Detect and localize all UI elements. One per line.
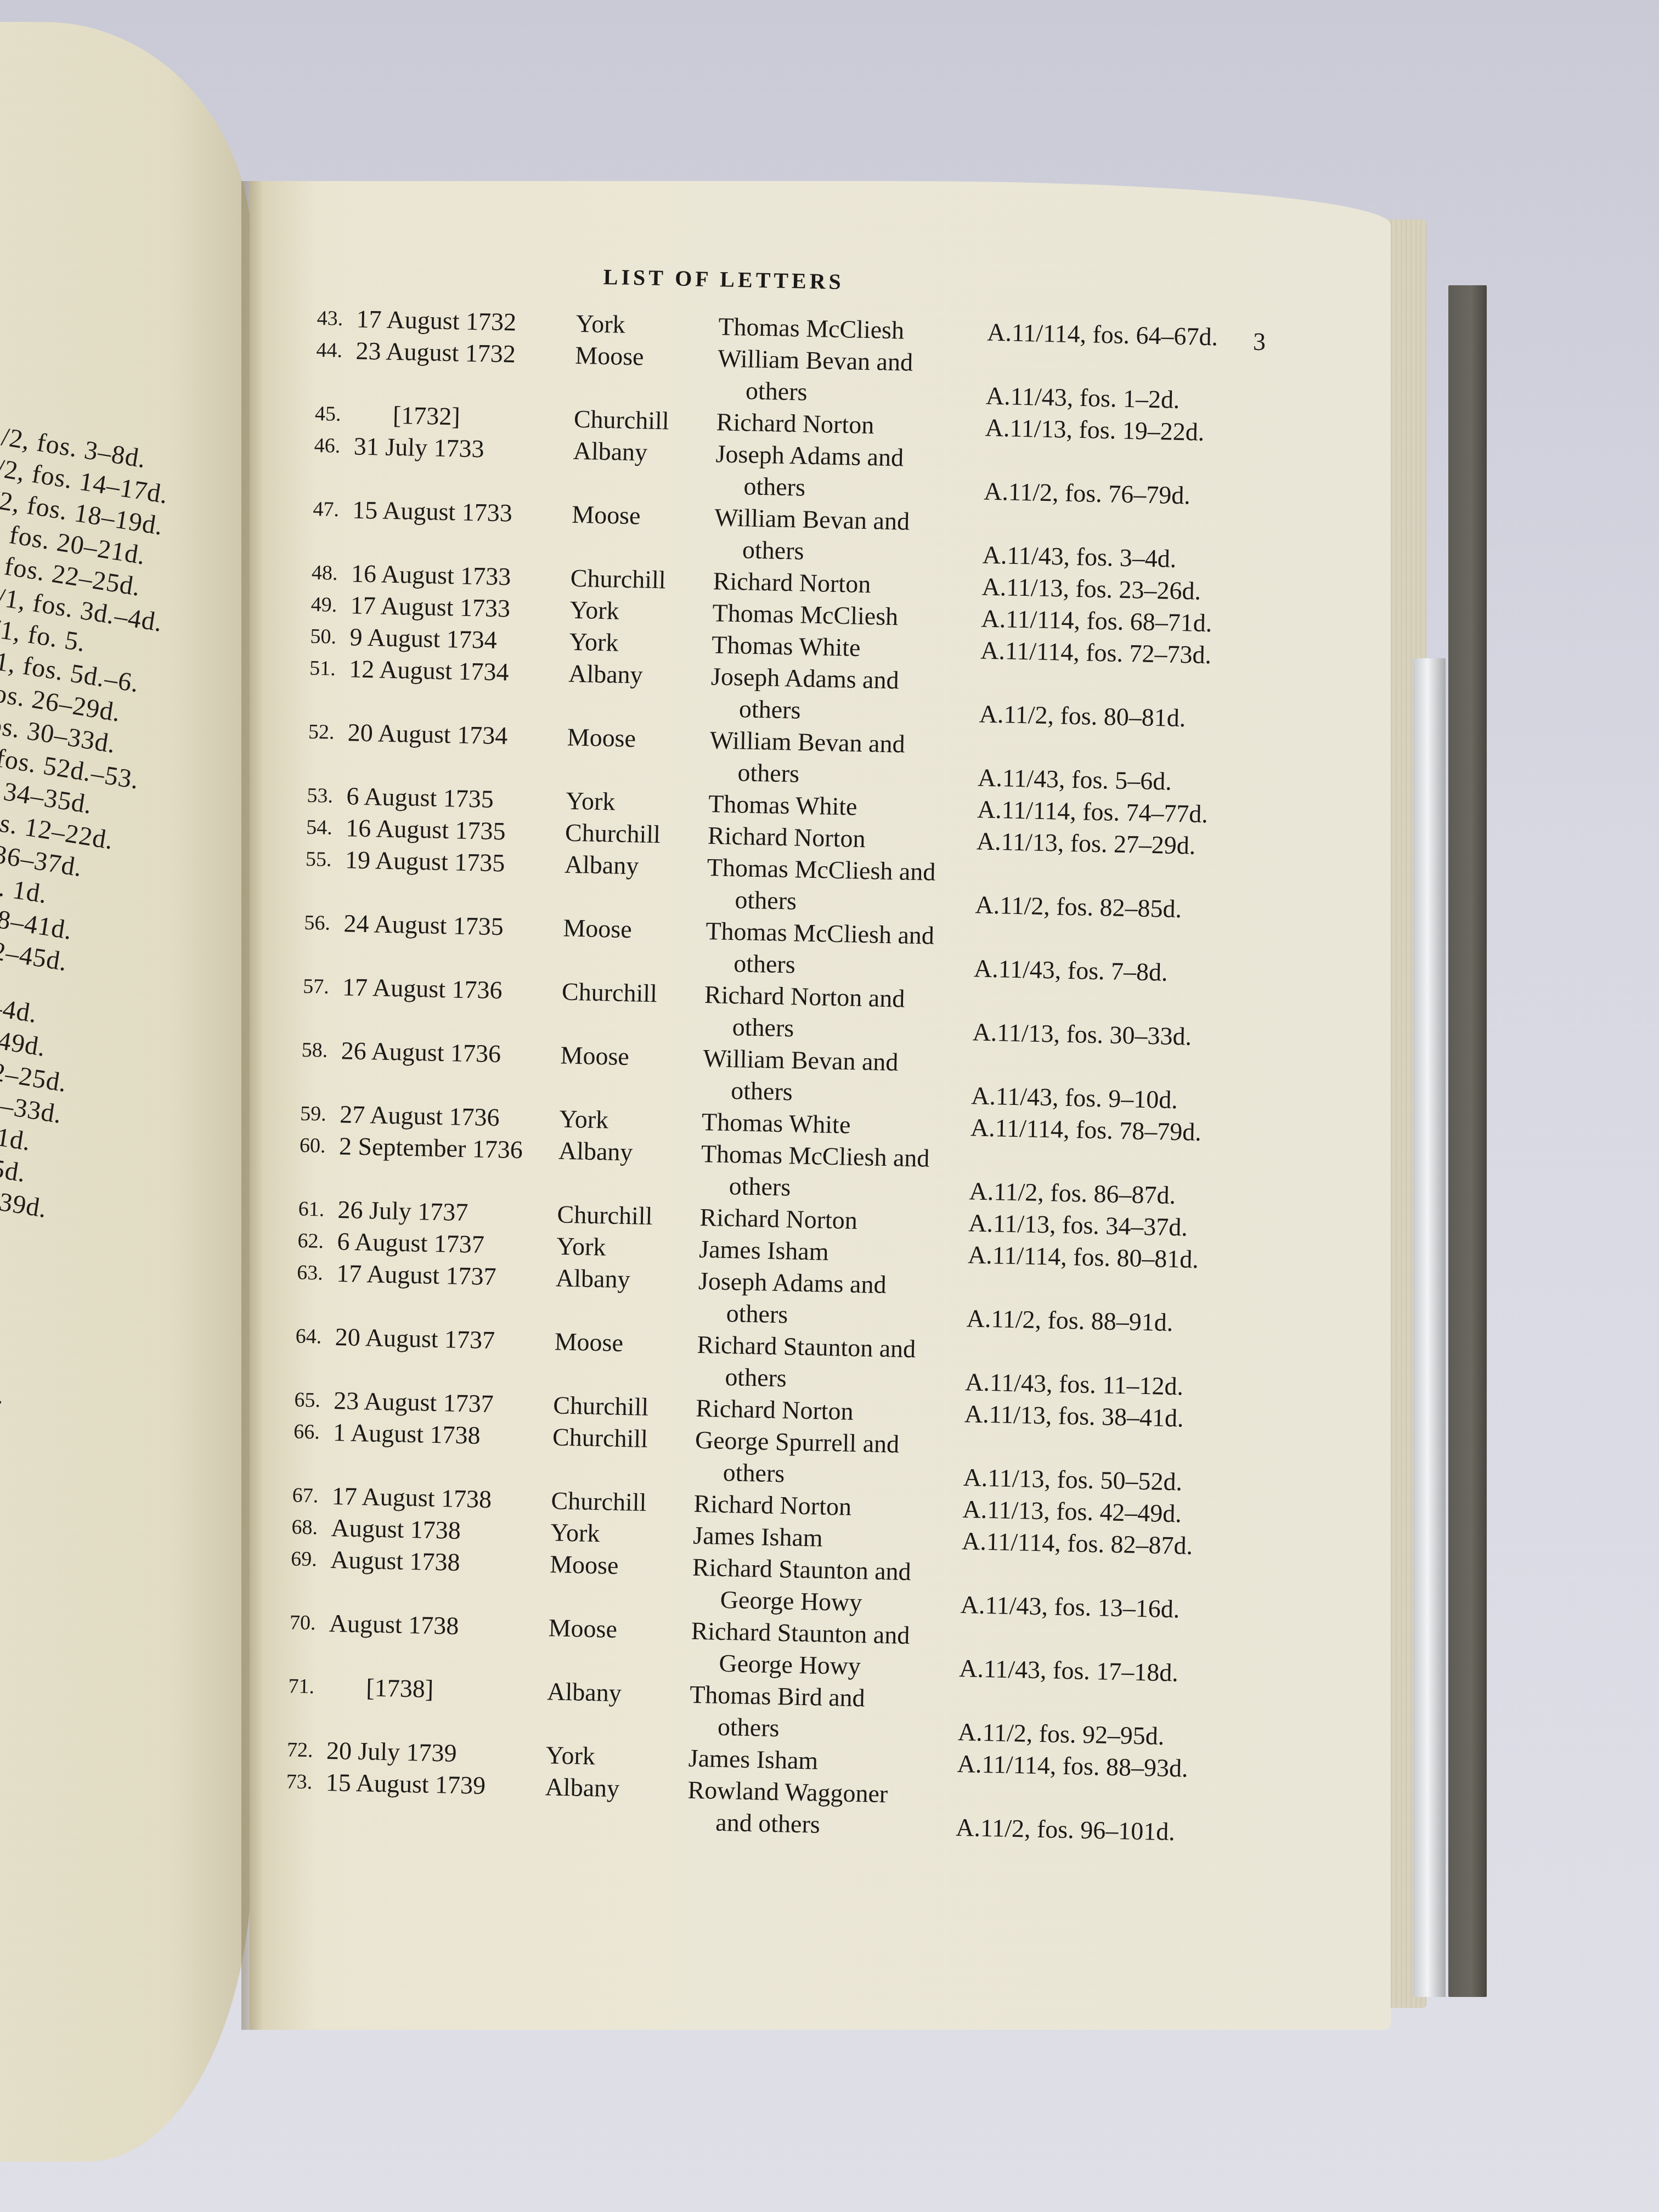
reference-text: A.11/2, fos. 96–101d. — [956, 1812, 1220, 1849]
entry-post: Albany — [544, 1771, 688, 1837]
reference-text: A.11/13, fos. 50–52d. — [963, 1462, 1227, 1499]
entry-post: Moose — [548, 1612, 691, 1678]
reference-text: A.11/43, fos. 9–10d. — [971, 1080, 1235, 1117]
writer-continuation: others — [706, 883, 970, 921]
entry-number: 50. — [310, 620, 350, 653]
writer-name: Thomas White — [712, 629, 975, 666]
entry-number: 65. — [294, 1384, 334, 1417]
entry-date: 9 August 1734 — [349, 621, 569, 657]
entry-post: Moose — [549, 1548, 692, 1615]
entry-number: 70. — [289, 1606, 329, 1671]
entry-date: August 1738 — [329, 1544, 550, 1612]
entry-date: 31 July 1733 — [353, 430, 573, 498]
reference-text: A.11/114, fos. 80–81d. — [968, 1239, 1232, 1276]
writer-name: James Isham — [693, 1520, 957, 1557]
entry-post: Churchill — [573, 403, 716, 438]
entry-number: 43. — [317, 302, 357, 335]
reference-text: A.11/2, fos. 80–81d. — [979, 698, 1243, 735]
entry-number: 61. — [298, 1193, 338, 1226]
writer-name: Richard Norton — [713, 565, 977, 602]
entry-archive-reference: A.11/43, fos. 7–8d. — [968, 921, 1238, 990]
entry-writer: James Isham — [693, 1520, 957, 1557]
entry-date: 26 August 1736 — [340, 1035, 561, 1103]
entry-date: 17 August 1737 — [335, 1257, 556, 1325]
entry-writer: William Bevan andothers — [716, 342, 981, 411]
entry-post: Albany — [567, 658, 711, 724]
entry-number: 73. — [285, 1765, 326, 1830]
entry-writer: Richard Norton — [713, 565, 977, 602]
writer-continuation: George Howy — [690, 1647, 954, 1684]
reference-text: A.11/43, fos. 11–12d. — [965, 1366, 1229, 1403]
entry-archive-reference: A.11/114, fos. 74–77d. — [972, 793, 1241, 831]
entry-archive-reference: A.11/114, fos. 68–71d. — [975, 602, 1245, 640]
entry-date: August 1738 — [331, 1512, 551, 1548]
entry-number: 67. — [292, 1480, 332, 1512]
entry-date: 15 August 1733 — [352, 494, 572, 562]
writer-name: Thomas McCliesh and — [701, 1138, 964, 1175]
writer-name: Richard Norton — [696, 1392, 960, 1430]
reference-text: A.11/114, fos. 78–79d. — [970, 1111, 1234, 1149]
entry-writer: Richard Norton — [707, 820, 971, 857]
reference-text: A.11/43, fos. 3–4d. — [982, 539, 1246, 576]
entry-post: Moose — [554, 1325, 697, 1392]
reference-text: A.11/2, fos. 86–87d. — [969, 1175, 1233, 1212]
entry-post: Moose — [560, 1040, 703, 1106]
entry-date: 27 August 1736 — [340, 1098, 560, 1135]
writer-name: Thomas White — [702, 1106, 966, 1143]
writer-name: William Bevan and — [714, 501, 978, 539]
writer-continuation: others — [703, 1011, 967, 1048]
entry-archive-reference: A.11/2, fos. 82–85d. — [969, 857, 1239, 926]
entry-archive-reference: A.11/2, fos. 76–79d. — [978, 443, 1248, 512]
writer-name: Rowland Waggoner — [687, 1774, 951, 1812]
entry-archive-reference: A.11/13, fos. 38–41d. — [959, 1398, 1228, 1435]
entry-archive-reference: A.11/13, fos. 23–26d. — [976, 571, 1245, 608]
entry-archive-reference: A.11/114, fos. 80–81d. — [962, 1239, 1232, 1276]
entry-archive-reference: A.11/43, fos. 9–10d. — [966, 1048, 1235, 1117]
writer-continuation: others — [713, 533, 977, 571]
entry-archive-reference: A.11/43, fos. 5–6d. — [972, 730, 1242, 799]
writer-continuation: others — [710, 692, 974, 730]
reference-text: A.11/114, fos. 72–73d. — [980, 634, 1244, 672]
writer-continuation: and others — [687, 1806, 951, 1843]
entry-archive-reference: A.11/43, fos. 1–2d. — [980, 348, 1250, 417]
entry-number: 64. — [295, 1321, 335, 1385]
entry-post: York — [569, 594, 713, 629]
writer-name: Thomas McCliesh and — [706, 915, 969, 952]
entry-number: 58. — [301, 1034, 341, 1098]
entry-number: 66. — [292, 1416, 333, 1480]
reference-text: A.11/13, fos. 27–29d. — [976, 825, 1240, 862]
entry-writer: Thomas McCliesh andothers — [705, 915, 969, 984]
entry-archive-reference: A.11/13, fos. 42–49d. — [957, 1493, 1226, 1531]
entry-number: 55. — [304, 843, 345, 907]
entry-writer: Richard Staunton andothers — [696, 1329, 961, 1398]
reference-text: A.11/114, fos. 68–71d. — [981, 602, 1245, 640]
entry-writer: Joseph Adams andothers — [715, 438, 979, 507]
writer-name: Richard Norton — [707, 820, 971, 857]
entry-writer: Thomas McCliesh andothers — [700, 1138, 964, 1207]
entry-date: 20 August 1737 — [334, 1321, 555, 1389]
writer-name: Richard Norton — [716, 406, 980, 443]
entry-date: 24 August 1735 — [343, 907, 563, 975]
entry-post: Churchill — [557, 1199, 700, 1233]
entry-number: 69. — [290, 1543, 331, 1607]
reference-text: A.11/2, fos. 82–85d. — [975, 889, 1239, 926]
writer-name: William Bevan and — [703, 1042, 967, 1080]
entry-date: 1 August 1738 — [332, 1417, 552, 1485]
entry-date: August 1738 — [328, 1607, 549, 1675]
reference-text: A.11/43, fos. 5–6d. — [978, 761, 1242, 799]
entry-post: Albany — [572, 435, 716, 501]
cover-edge-highlight — [1413, 658, 1446, 1997]
page-number: 3 — [1253, 327, 1266, 356]
reference-text: A.11/2, fos. 88–91d. — [966, 1302, 1230, 1340]
entry-writer: Thomas McCliesh — [718, 311, 982, 348]
entry-post: Albany — [546, 1675, 690, 1742]
entry-archive-reference: A.11/13, fos. 50–52d. — [957, 1430, 1227, 1499]
entry-post: Moose — [574, 340, 718, 406]
writer-name: James Isham — [699, 1233, 963, 1271]
reference-text: A.11/13, fos. 19–22d. — [985, 412, 1249, 449]
entry-date: 23 August 1737 — [334, 1385, 554, 1421]
entry-writer: Thomas White — [708, 788, 972, 825]
entry-archive-reference: A.11/43, fos. 11–12d. — [960, 1334, 1229, 1403]
entry-writer: Joseph Adams andothers — [710, 661, 974, 730]
reference-text: A.11/13, fos. 23–26d. — [981, 571, 1245, 608]
entry-date: 19 August 1735 — [344, 844, 565, 912]
entry-archive-reference: A.11/114, fos. 88–93d. — [951, 1748, 1221, 1785]
entry-number: 56. — [303, 907, 344, 971]
entry-number: 48. — [311, 557, 351, 589]
entry-date: 23 August 1732 — [355, 335, 575, 403]
reference-text: A.11/13, fos. 30–33d. — [972, 1016, 1236, 1053]
entry-date: 16 August 1735 — [346, 812, 566, 848]
writer-continuation: others — [697, 1297, 961, 1334]
writer-name: Richard Staunton and — [697, 1329, 961, 1366]
entry-archive-reference: A.11/43, fos. 17–18d. — [953, 1621, 1223, 1690]
entry-post: Churchill — [561, 976, 704, 1042]
reference-text: A.11/13, fos. 42–49d. — [962, 1493, 1226, 1531]
reference-text: A.11/43, fos. 13–16d. — [960, 1589, 1224, 1626]
entry-date: [1738] — [327, 1671, 548, 1739]
writer-continuation: others — [702, 1074, 966, 1111]
entry-date: 20 July 1739 — [326, 1735, 546, 1771]
entry-number: 49. — [311, 589, 351, 621]
entry-writer: Rowland Waggonerand others — [687, 1774, 951, 1843]
writer-name: James Isham — [688, 1742, 952, 1780]
left-page: 11/2, fos. 3–8d.11/2, fos. 14–17d.11/2, … — [0, 22, 252, 2162]
entry-post: Moose — [562, 912, 706, 979]
reference-text: A.11/13, fos. 34–37d. — [968, 1207, 1232, 1244]
entry-writer: Thomas Bird andothers — [689, 1679, 953, 1748]
entry-archive-reference: A.11/13, fos. 34–37d. — [963, 1207, 1232, 1244]
entry-post: York — [559, 1103, 702, 1138]
writer-continuation: others — [716, 374, 980, 411]
entry-date: 15 August 1739 — [325, 1767, 545, 1835]
entry-archive-reference: A.11/13, fos. 30–33d. — [967, 984, 1237, 1053]
writer-continuation: others — [709, 756, 973, 793]
entry-number: 71. — [287, 1670, 328, 1734]
writer-name: Joseph Adams and — [711, 661, 975, 698]
entry-writer: Thomas McCliesh — [712, 597, 976, 634]
reference-text: A.11/43, fos. 7–8d. — [974, 952, 1238, 990]
entry-writer: Richard Staunton andGeorge Howy — [691, 1551, 956, 1621]
writer-continuation: others — [705, 947, 969, 984]
writer-name: Richard Staunton and — [692, 1551, 956, 1589]
writer-name: William Bevan and — [709, 724, 973, 761]
entry-writer: George Spurrell andothers — [694, 1424, 958, 1493]
writer-continuation: others — [715, 470, 979, 507]
entry-date: 16 August 1733 — [351, 557, 571, 594]
writer-name: Richard Norton and — [704, 979, 968, 1016]
entry-archive-reference: A.11/2, fos. 86–87d. — [963, 1143, 1233, 1212]
entry-number: 60. — [298, 1130, 339, 1194]
entry-archive-reference: A.11/2, fos. 88–91d. — [961, 1271, 1231, 1340]
entry-writer: William Bevan andothers — [713, 501, 978, 571]
entry-writer: Richard Norton — [696, 1392, 960, 1430]
reference-text: A.11/13, fos. 38–41d. — [964, 1398, 1228, 1435]
reference-text: A.11/2, fos. 92–95d. — [957, 1716, 1221, 1753]
entry-number: 72. — [286, 1734, 326, 1766]
entry-writer: Joseph Adams andothers — [697, 1265, 962, 1334]
writer-name: Thomas McCliesh — [718, 311, 982, 348]
writer-continuation: others — [700, 1170, 964, 1207]
entry-archive-reference: A.11/43, fos. 3–4d. — [977, 507, 1246, 576]
entry-date: 6 August 1737 — [337, 1226, 557, 1262]
writer-continuation: others — [694, 1456, 958, 1493]
entry-post: York — [556, 1230, 699, 1265]
entry-post: York — [566, 785, 709, 820]
entry-number: 45. — [314, 398, 354, 430]
reference-text: A.11/114, fos. 64–67d. — [987, 317, 1251, 354]
book-back-cover — [1448, 285, 1487, 1997]
writer-name: Richard Norton — [693, 1488, 957, 1525]
entry-archive-reference: A.11/2, fos. 92–95d. — [952, 1684, 1222, 1753]
entry-date: 17 August 1732 — [356, 303, 576, 339]
entry-date: 20 August 1734 — [347, 716, 567, 785]
entry-post: York — [569, 626, 712, 661]
writer-name: Joseph Adams and — [715, 438, 979, 475]
entry-date: 2 September 1736 — [338, 1130, 558, 1198]
gutter-shadow — [241, 181, 263, 2030]
entry-date: [1732] — [354, 398, 574, 435]
entry-number: 59. — [300, 1098, 340, 1130]
entry-post: Albany — [563, 849, 707, 915]
entry-archive-reference: A.11/13, fos. 19–22d. — [979, 411, 1249, 449]
right-page-text-block: LIST OF LETTERS 3 43.17 August 1732YorkT… — [285, 258, 1262, 1849]
letters-table: 43.17 August 1732YorkThomas McClieshA.11… — [285, 302, 1251, 1849]
entry-post: Churchill — [553, 1389, 696, 1424]
entry-archive-reference: A.11/2, fos. 96–101d. — [950, 1780, 1220, 1849]
entry-post: York — [550, 1516, 693, 1551]
entry-date: 12 August 1734 — [348, 653, 568, 721]
entry-archive-reference: A.11/43, fos. 13–16d. — [955, 1557, 1224, 1626]
entry-date: 26 July 1737 — [337, 1194, 557, 1230]
entry-number: 63. — [296, 1257, 336, 1321]
entry-post: Churchill — [570, 562, 713, 597]
entry-number: 44. — [315, 334, 356, 398]
reference-text: A.11/114, fos. 74–77d. — [977, 793, 1241, 831]
entry-archive-reference: A.11/114, fos. 72–73d. — [975, 634, 1244, 672]
entry-post: York — [545, 1739, 689, 1774]
entry-post: Albany — [557, 1135, 701, 1201]
reference-text: A.11/114, fos. 82–87d. — [962, 1525, 1226, 1562]
entry-date: 17 August 1736 — [341, 971, 562, 1039]
entry-post: Albany — [555, 1262, 698, 1328]
entry-archive-reference: A.11/114, fos. 64–67d. — [981, 316, 1251, 353]
entry-writer: Richard Norton — [699, 1201, 963, 1239]
entry-number: 68. — [291, 1511, 331, 1543]
entry-writer: Richard Norton andothers — [703, 979, 968, 1048]
writer-name: Thomas McCliesh — [712, 597, 976, 634]
entry-writer: Richard Norton — [716, 406, 980, 443]
writer-name: Thomas Bird and — [690, 1679, 953, 1716]
reference-text: A.11/2, fos. 76–79d. — [984, 476, 1248, 513]
entry-archive-reference: A.11/2, fos. 80–81d. — [973, 666, 1243, 735]
entry-number: 47. — [312, 493, 353, 557]
reference-text: A.11/43, fos. 1–2d. — [985, 380, 1249, 417]
entry-number: 62. — [297, 1225, 337, 1257]
writer-name: Joseph Adams and — [698, 1265, 962, 1302]
writer-continuation: others — [696, 1361, 960, 1398]
writer-name: Richard Norton — [699, 1201, 963, 1239]
entry-writer: Richard Norton — [693, 1488, 957, 1525]
left-page-reference-column: 11/2, fos. 3–8d.11/2, fos. 14–17d.11/2, … — [0, 417, 217, 1798]
reference-text: A.11/114, fos. 88–93d. — [957, 1748, 1221, 1785]
writer-name: George Spurrell and — [695, 1424, 958, 1462]
reference-text: A.11/43, fos. 17–18d. — [959, 1652, 1223, 1690]
entry-post: Churchill — [551, 1421, 695, 1487]
writer-name: William Bevan and — [718, 342, 981, 380]
entry-archive-reference: A.11/13, fos. 27–29d. — [970, 825, 1240, 862]
entry-date: 17 August 1738 — [331, 1480, 551, 1516]
entry-writer: James Isham — [688, 1742, 952, 1780]
entry-number: 51. — [309, 652, 349, 716]
entry-writer: Thomas McCliesh andothers — [706, 851, 970, 921]
entry-post: Moose — [566, 721, 710, 788]
entry-number: 46. — [313, 430, 354, 494]
entry-writer: William Bevan andothers — [709, 724, 973, 793]
entry-number: 54. — [306, 811, 346, 844]
writer-name: Thomas McCliesh and — [707, 851, 970, 889]
entry-post: Moose — [571, 499, 714, 565]
entry-post: York — [575, 308, 719, 342]
entry-post: Churchill — [551, 1485, 694, 1519]
writer-name: Richard Staunton and — [691, 1615, 955, 1652]
entry-archive-reference: A.11/114, fos. 82–87d. — [956, 1525, 1226, 1562]
entry-writer: Thomas White — [712, 629, 975, 666]
entry-archive-reference: A.11/114, fos. 78–79d. — [964, 1111, 1234, 1149]
entry-writer: James Isham — [699, 1233, 963, 1271]
entry-writer: William Bevan andothers — [702, 1042, 967, 1111]
entry-number: 57. — [302, 970, 342, 1035]
entry-writer: Thomas White — [702, 1106, 966, 1143]
entry-writer: Richard Staunton andGeorge Howy — [690, 1615, 955, 1684]
entry-date: 6 August 1735 — [346, 780, 566, 816]
entry-number: 53. — [307, 780, 347, 812]
writer-name: Thomas White — [708, 788, 972, 825]
entry-number: 52. — [307, 716, 348, 780]
writer-continuation: others — [689, 1711, 952, 1748]
entry-post: Churchill — [565, 817, 708, 851]
writer-continuation: George Howy — [691, 1583, 955, 1621]
entry-date: 17 August 1733 — [350, 589, 570, 625]
